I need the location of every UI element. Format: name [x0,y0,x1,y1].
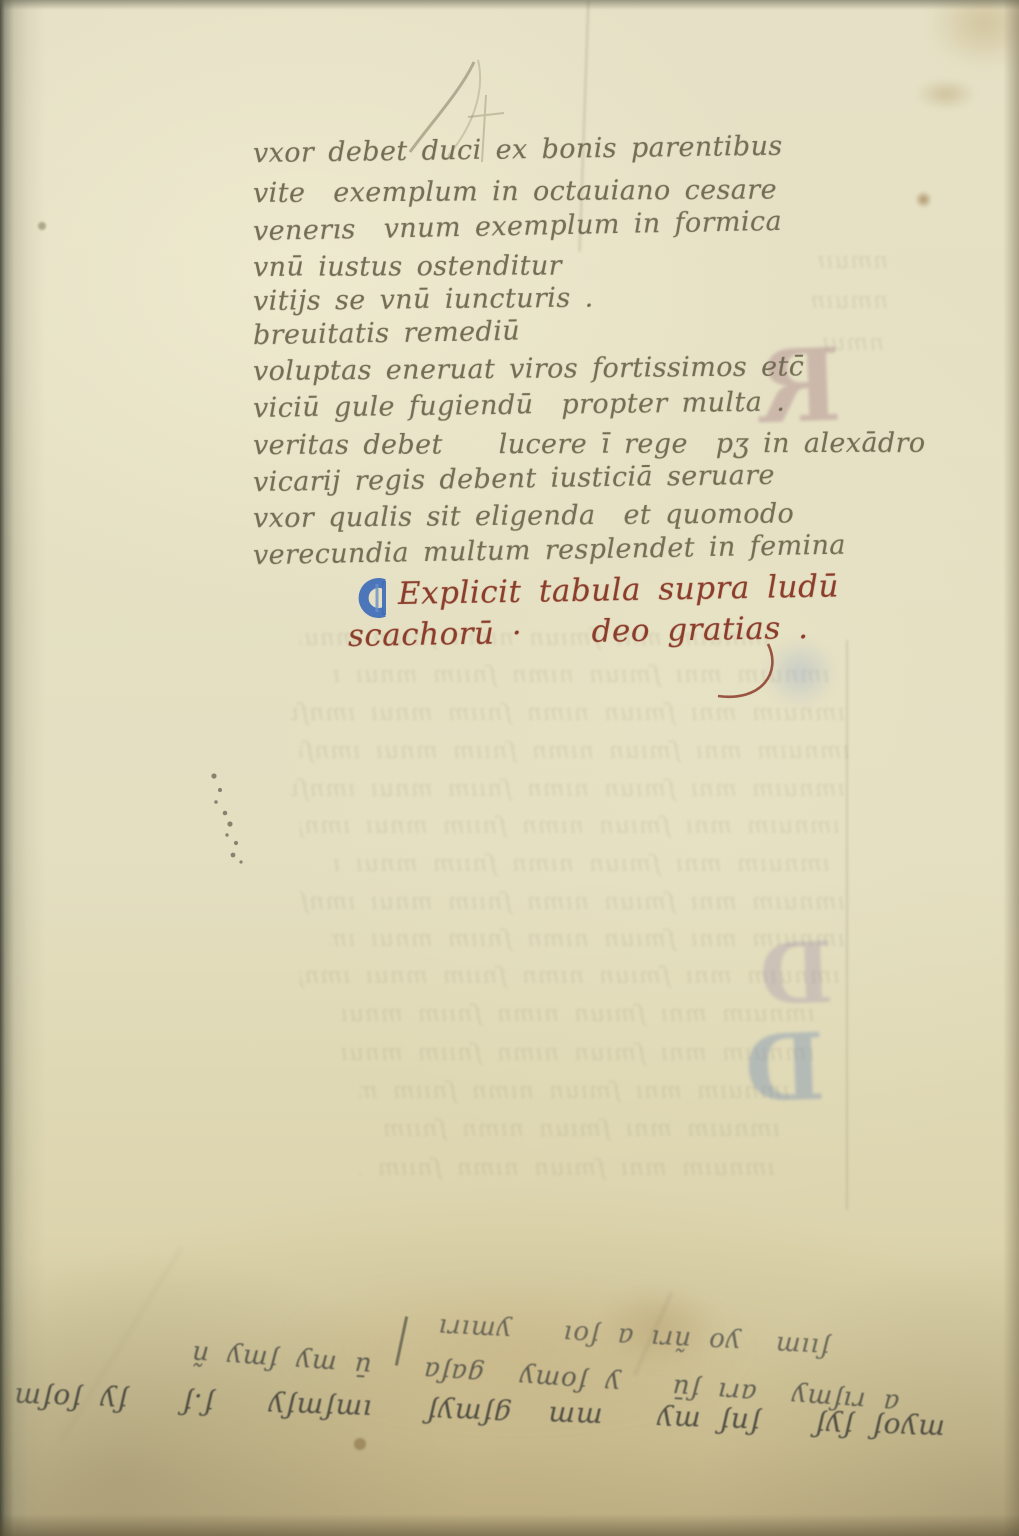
page-edge-bottom [0,1514,1019,1536]
tabula-line: vite exemplum in octauiano cesare [253,174,777,209]
tabula-line: viciū gule fugiendū propter multa . [253,386,786,423]
inverted-inscription-line: ſıım yo ñrı a ſoı ymırı [429,1312,830,1363]
ink-specks [202,768,257,873]
tabula-line: breuitatis remediū [253,316,521,351]
stain [354,1438,366,1450]
pilcrow-mark [350,578,394,618]
tabula-line: vitijs se vnū iuncturis . [253,282,594,317]
explicit-line-1: Explicit tabula supra ludū [398,568,839,612]
showthrough-text-line: ımnuım mnı ſmıun nımn ſnıım mnuı ımnſu m… [300,738,850,764]
showthrough-text-line: ımnuım mnı ſmıun nımn ſnıım mnuı ımnſu m… [360,1155,775,1181]
tabula-line: venerıs vnum exemplum in formica [253,206,783,247]
showthrough-text-line: ımnuım mnı ſmıun nımn ſnıım mnuı ımnſu m… [380,1116,780,1142]
showthrough-text-line: nmuım mn [812,288,888,314]
tabula-line: voluptas eneruat viros fortissimos etc̄ [253,351,805,387]
page-edge-top [0,0,1019,10]
tabula-line: verecundia multum resplendet in femina [253,530,846,571]
showthrough-text-line: nmuım mn [818,248,888,274]
showthrough-text-line: ımnuım mnı ſmıun nımn ſnıım mnuı ımnſu m… [330,851,830,877]
showthrough-column-rule [846,640,848,1210]
manuscript-page: nmuım mn nmuım mn nmuım mn ımnuım mnı ſm… [0,0,1019,1536]
showthrough-text-line: ımnuım mnı ſmıun nımn ſnıım mnuı ımnſu m… [300,813,840,839]
showthrough-text-line: ımnuım mnı ſmıun nımn ſnıım mnuı ımnſu m… [300,889,845,915]
rubric-descender-flourish [690,638,800,723]
showthrough-text-line: ımnuım mnı ſmıun nımn ſnıım mnuı ımnſu m… [330,1001,815,1027]
showthrough-initial-D-blue: D [743,1021,826,1116]
showthrough-text-line: ımnuım mnı ſmıun nımn ſnıım mnuı ımnſu m… [290,776,845,802]
stain [38,222,46,230]
page-edge-right [1003,0,1019,1536]
page-edge-left [0,0,46,1536]
tabula-line: vxor qualis sit eligenda et quomodo [253,498,794,534]
showthrough-initial-D-violet: D [759,931,835,1017]
tabula-line: veritas debet lucere ī rege pʒ in alexād… [253,428,926,461]
tabula-line: vxor debet duci ex bonis parentibus [253,131,783,169]
stain [925,0,1019,70]
erased-folio-number [915,78,977,110]
showthrough-text-line: ımnuım mnı ſmıun nımn ſnıım mnuı ımnſu m… [360,1078,790,1104]
tabula-line: vnū iustus ostenditur [253,250,562,283]
stain [915,191,932,208]
tabula-line: vicarij regis debent iusticiā seruare [253,460,775,498]
